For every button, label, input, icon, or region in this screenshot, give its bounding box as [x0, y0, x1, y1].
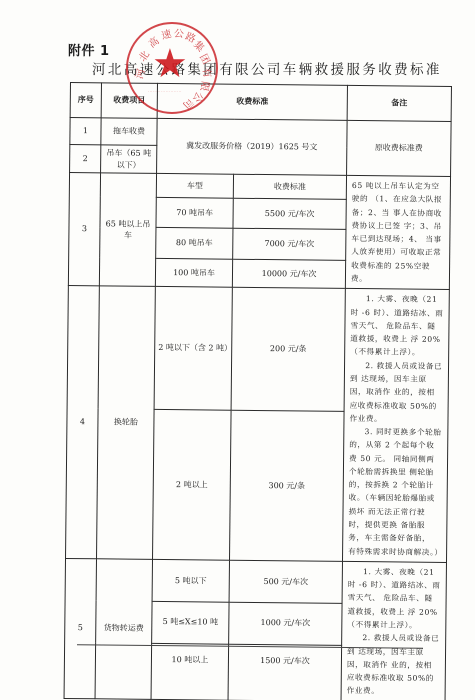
sub-type: 70 吨吊车	[156, 197, 233, 228]
row-item: 拖车收费	[101, 118, 157, 146]
subheader-price: 收费标准	[233, 174, 346, 199]
seal-char: 高	[144, 33, 161, 51]
header-item: 收费项目	[101, 83, 157, 119]
table-row: 1 拖车收费 冀发改服务价格（2019）1625 号文 原收费标准费	[70, 118, 451, 149]
row-no: 5	[64, 558, 96, 698]
remark-item: 2. 救援人员或设备已到 达现场，因车主原因，取消作 业的，按相应收费标准收取 …	[347, 631, 441, 698]
row-item: 65 吨以上吊车	[99, 173, 156, 287]
remark-item: 3. 同时更换多个轮胎的，从第 2 个起每个收费 50 元。 同轴同侧两个轮胎需…	[348, 425, 442, 559]
table-header-row: 序号 收费项目 收费标准 备注	[70, 83, 451, 122]
table-row: 3 65 吨以上吊车 车型 收费标准 65 吨以上吊车认定为空驶的 （1、在应急…	[69, 173, 450, 201]
sub-price: 5500 元/车次	[233, 198, 346, 230]
sub-type: 2 吨以下（含 2 吨）	[154, 287, 232, 410]
attachment-label: 附件 1	[68, 40, 110, 59]
row-remark: 1. 大雾、夜晚（21 时 -6 时）、道路结冰、雨雪天气、 危险品车、隧道救援…	[342, 289, 449, 563]
sub-type: 2 吨以上	[153, 409, 232, 560]
sub-type: 100 吨吊车	[155, 258, 232, 287]
subheader-type: 车型	[156, 173, 233, 198]
sub-price: 1500 元/车次	[228, 644, 342, 700]
sub-price: 7000 元/车次	[233, 229, 346, 261]
row-standard: 冀发改服务价格（2019）1625 号文	[157, 118, 348, 175]
seal-char: 公	[173, 25, 184, 41]
table-row: 4 换轮胎 2 吨以下（含 2 吨） 200 元/条 1. 大雾、夜晚（21 时…	[67, 286, 449, 412]
seal-char: 集	[191, 37, 209, 55]
seal-char: 路	[183, 28, 198, 46]
row-remark: 65 吨以上吊车认定为空驶的 （1、在应急大队报备；2、当 事人在协商收费协议上…	[345, 175, 450, 289]
row-no: 1	[70, 118, 101, 145]
row-item: 换轮胎	[97, 286, 156, 559]
sub-price: 500 元/车次	[229, 560, 342, 603]
row-no: 4	[66, 286, 100, 559]
sub-price: 1000 元/车次	[229, 602, 342, 645]
sub-type: 10 吨以上	[151, 643, 229, 700]
row-item: 货物转运费	[95, 559, 152, 699]
row-remark: 原收费标准费	[347, 120, 452, 176]
sub-type: 80 吨吊车	[156, 228, 233, 259]
row-item: 吊车（65 吨以下）	[101, 145, 157, 174]
remark-item: 2. 救援人员或设备已到 达现场，因车主原因，取消作 业的，按相应收费标准收取 …	[349, 359, 443, 426]
sub-type: 5 吨≤X≤10 吨	[152, 601, 229, 644]
sub-type: 5 吨以下	[152, 559, 229, 602]
document-title: 河北高速公路集团有限公司车辆救援服务收费标准	[92, 58, 442, 78]
fee-standard-table: 序号 收费项目 收费标准 备注 1 拖车收费 冀发改服务价格（2019）1625…	[64, 82, 452, 700]
table-row: 5 货物转运费 5 吨以下 500 元/车次 1. 大雾、夜晚（21 时 -6 …	[65, 558, 446, 604]
sub-price: 300 元/条	[230, 410, 345, 561]
sub-price: 10000 元/车次	[232, 259, 345, 289]
header-standard: 收费标准	[157, 83, 347, 120]
row-remark: 1. 大雾、夜晚（21 时 -6 时）、道路结冰、雨雪天气、 危险品车、隧道救援…	[341, 561, 446, 700]
row-no: 3	[68, 173, 100, 287]
remark-item: 1. 大雾、夜晚（21 时 -6 时）、道路结冰、雨雪天气、 危险品车、隧道救援…	[347, 565, 441, 632]
header-remark: 备注	[347, 85, 451, 121]
sub-price: 200 元/条	[231, 287, 345, 411]
header-no: 序号	[70, 83, 101, 118]
row-no: 2	[70, 145, 101, 173]
remark-item: 1. 大雾、夜晚（21 时 -6 时）、道路结冰、雨雪天气、 危险品车、隧道救援…	[350, 292, 444, 359]
seal-char: 速	[159, 25, 173, 42]
